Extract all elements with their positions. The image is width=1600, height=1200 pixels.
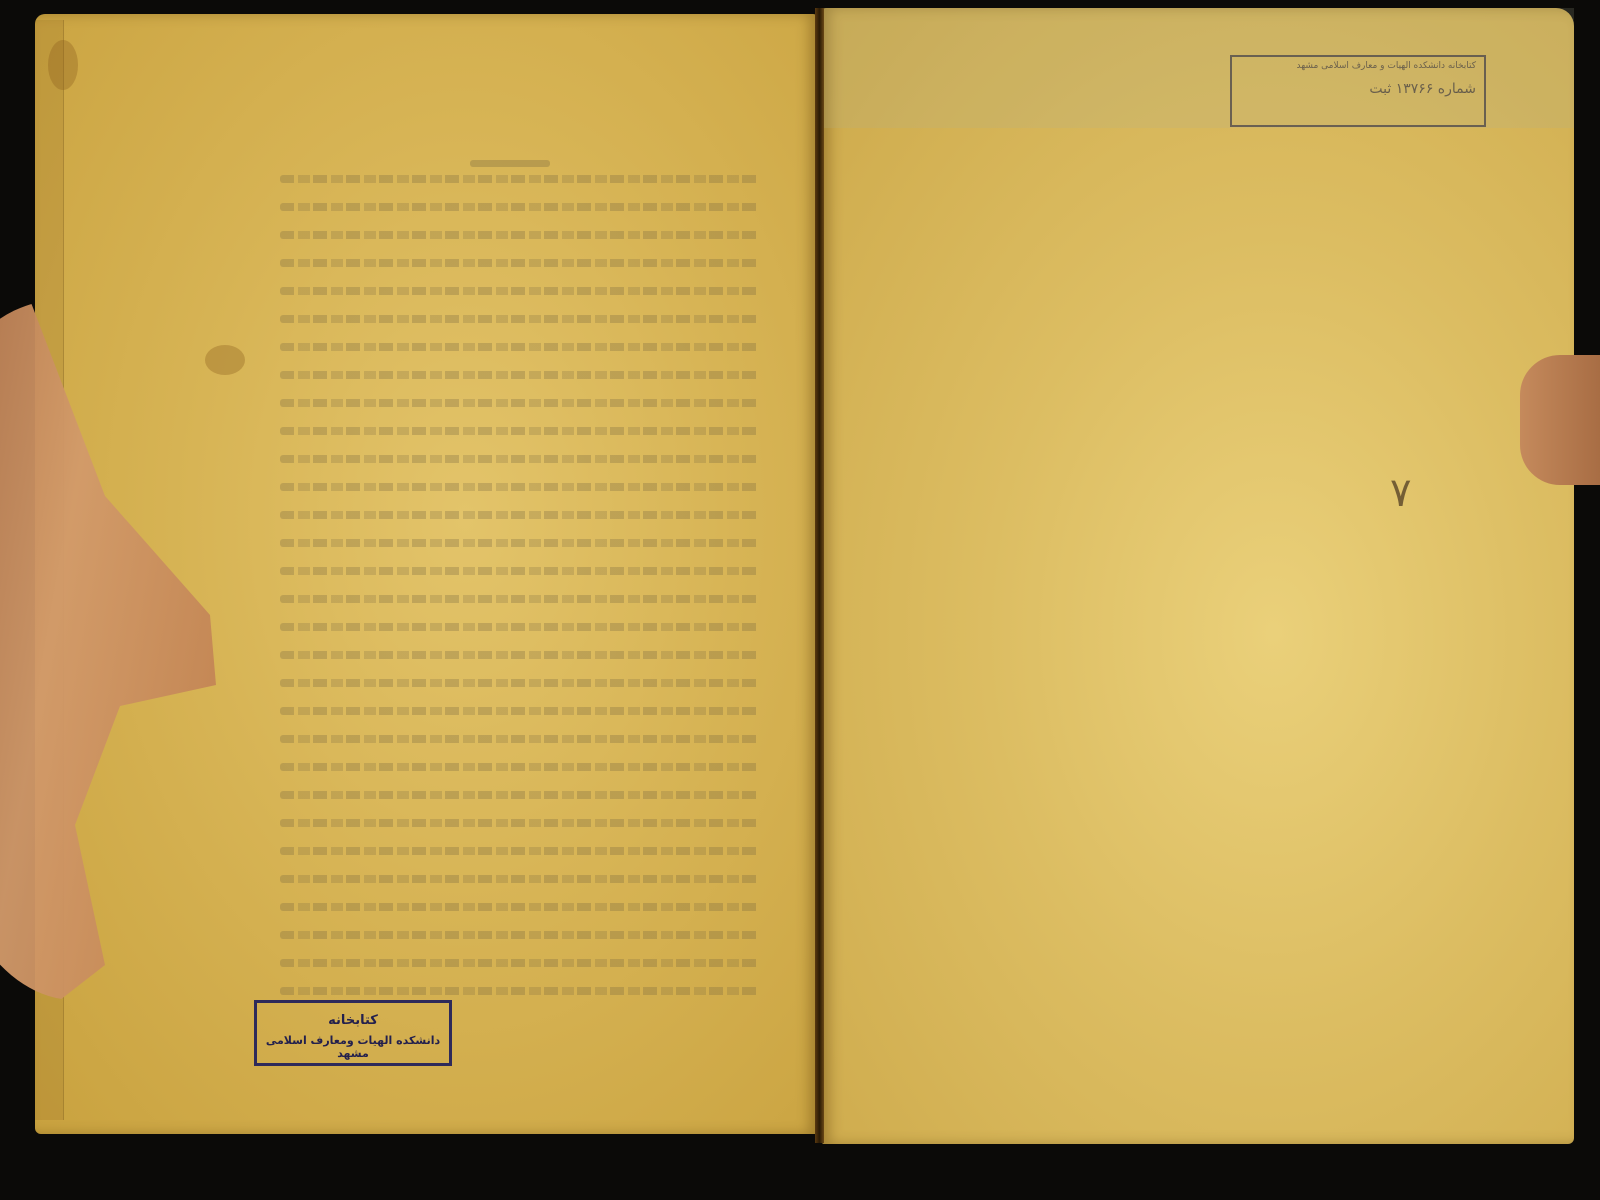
faded-text-line	[280, 791, 760, 799]
faded-text-line	[280, 987, 760, 995]
faded-text-line	[280, 511, 760, 519]
right-thumb	[1520, 355, 1600, 485]
faded-text-line	[280, 483, 760, 491]
stain	[205, 345, 245, 375]
faded-text-line	[280, 903, 760, 911]
faded-text-line	[280, 175, 760, 183]
stamp-line-2: دانشکده الهیات ومعارف اسلامی مشهد	[257, 1034, 449, 1060]
faded-text-line	[280, 231, 760, 239]
right-page	[822, 8, 1574, 1144]
faded-text-line	[280, 539, 760, 547]
registry-stamp: کتابخانه دانشکده الهیات و معارف اسلامی م…	[1230, 55, 1486, 127]
faded-text-line	[280, 847, 760, 855]
faded-text-block	[280, 175, 760, 1015]
faded-text-line	[280, 875, 760, 883]
faded-text-line	[280, 427, 760, 435]
pencil-page-number: ۷	[1390, 470, 1411, 516]
library-stamp: کتابخانه دانشکده الهیات ومعارف اسلامی مش…	[254, 1000, 452, 1066]
faded-text-line	[280, 203, 760, 211]
faded-text-line	[280, 707, 760, 715]
faded-text-line	[280, 287, 760, 295]
faded-heading	[470, 160, 550, 167]
registry-line-1: کتابخانه دانشکده الهیات و معارف اسلامی م…	[1240, 61, 1476, 71]
registry-line-2: شماره ۱۳۷۶۶ ثبت	[1240, 81, 1476, 97]
faded-text-line	[280, 259, 760, 267]
faded-text-line	[280, 931, 760, 939]
faded-text-line	[280, 455, 760, 463]
faded-text-line	[280, 399, 760, 407]
stamp-line-1: کتابخانه	[257, 1013, 449, 1028]
faded-text-line	[280, 651, 760, 659]
faded-text-line	[280, 819, 760, 827]
stain	[48, 40, 78, 90]
faded-text-line	[280, 959, 760, 967]
faded-text-line	[280, 343, 760, 351]
faded-text-line	[280, 595, 760, 603]
faded-text-line	[280, 567, 760, 575]
faded-text-line	[280, 735, 760, 743]
book-gutter	[815, 8, 824, 1143]
faded-text-line	[280, 763, 760, 771]
faded-text-line	[280, 679, 760, 687]
faded-text-line	[280, 371, 760, 379]
faded-text-line	[280, 315, 760, 323]
faded-text-line	[280, 623, 760, 631]
